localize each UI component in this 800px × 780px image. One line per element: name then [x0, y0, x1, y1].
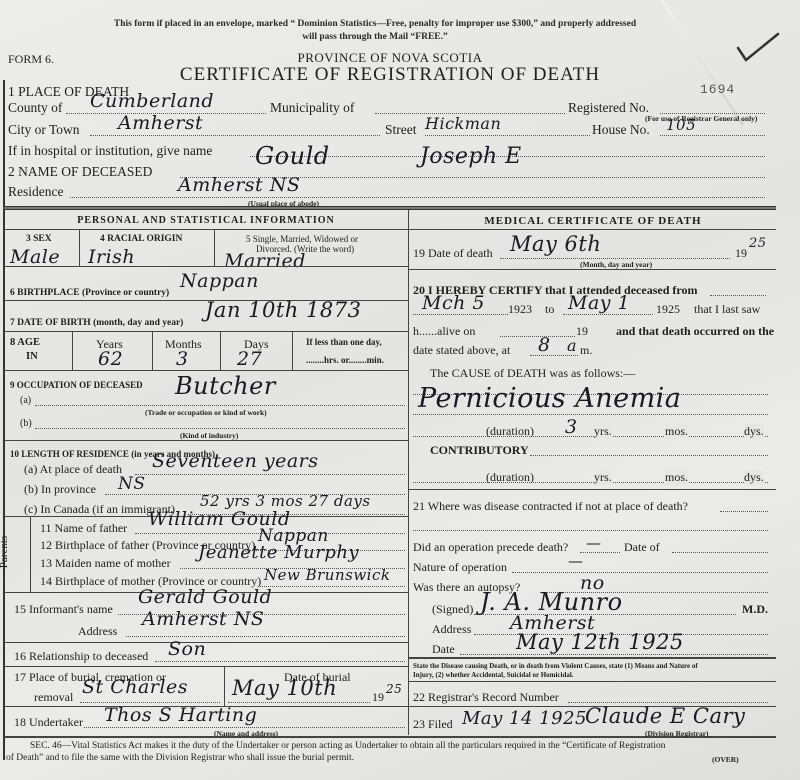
disease-note-2: Injury, (2) whether Accidental, Suicidal… — [413, 671, 574, 679]
marital-value[interactable]: Married — [224, 250, 306, 272]
rule — [4, 440, 408, 441]
registered-no-label: Registered No. — [568, 100, 649, 116]
parents-side-label: Parents — [8, 520, 22, 590]
city-value[interactable]: Amherst — [118, 112, 203, 134]
operation-label: Did an operation precede death? — [413, 540, 568, 555]
informant-address-label: Address — [78, 624, 117, 639]
date-label: Date — [432, 642, 455, 657]
hospital-label: If in hospital or institution, give name — [8, 143, 212, 159]
contrib-mos-label: mos. — [665, 470, 688, 485]
address-label: Address — [432, 622, 471, 637]
house-no-label: House No. — [592, 122, 650, 138]
mother-maiden-label: 13 Maiden name of mother — [40, 556, 171, 571]
marital-label: 5 Single, Married, Widowed or — [246, 234, 358, 244]
rule — [409, 489, 776, 490]
record-number-label: 22 Registrar's Record Number — [413, 690, 559, 705]
death-certificate-page: This form if placed in an envelope, mark… — [0, 0, 800, 780]
dob-label: 7 DATE OF BIRTH (month, day and year) — [10, 318, 183, 328]
hrs-min-label: ........hrs. or........min. — [306, 355, 384, 365]
rule — [79, 230, 80, 266]
days-value[interactable]: 27 — [237, 348, 262, 370]
rule — [30, 516, 31, 592]
house-no-value[interactable]: 105 — [666, 116, 696, 134]
over-label: (OVER) — [712, 755, 739, 764]
municipality-label: Municipality of — [270, 100, 354, 116]
county-value[interactable]: Cumberland — [90, 90, 214, 112]
given-names-value[interactable]: Joseph E — [420, 144, 522, 169]
contracted-line — [720, 511, 768, 512]
at-place-line — [135, 474, 405, 475]
racial-origin-label: 4 RACIAL ORIGIN — [100, 234, 182, 244]
nature-label: Nature of operation — [413, 560, 507, 575]
medical-section-title: MEDICAL CERTIFICATE OF DEATH — [410, 215, 776, 227]
from-line — [413, 314, 508, 315]
street-value[interactable]: Hickman — [425, 114, 501, 133]
rule — [4, 266, 408, 267]
dob-value[interactable]: Jan 10th 1873 — [205, 298, 361, 322]
rule — [220, 332, 221, 370]
rule — [292, 332, 293, 370]
rule — [4, 370, 408, 371]
contributory-label: CONTRIBUTORY — [430, 443, 529, 458]
record-number-line — [568, 702, 768, 703]
surname-value[interactable]: Gould — [255, 142, 330, 170]
dys-label: dys. — [744, 424, 764, 439]
at-place-label: (a) At place of death — [24, 462, 122, 477]
certify-line — [710, 295, 766, 296]
death-occurred-label: and that death occurred on the — [616, 324, 774, 339]
informant-label: 15 Informant's name — [14, 602, 113, 617]
burial-place-value[interactable]: St Charles — [82, 676, 188, 698]
name-label: 2 NAME OF DECEASED — [8, 164, 152, 180]
mos-label: mos. — [665, 424, 688, 439]
mother-birthplace-value[interactable]: New Brunswick — [264, 566, 390, 584]
rule — [409, 269, 776, 270]
burial-place-line — [80, 702, 220, 703]
registrar-signature[interactable]: Claude E Cary — [585, 704, 745, 728]
to-year[interactable]: 1925 — [656, 302, 680, 317]
last-saw-label: that I last saw — [694, 302, 760, 317]
rule — [409, 681, 776, 682]
date-value[interactable]: May 12th 1925 — [516, 630, 684, 654]
time-value[interactable]: 8 — [538, 334, 551, 356]
cause-value[interactable]: Pernicious Anemia — [418, 383, 681, 414]
occupation-b-label: (b) — [20, 418, 32, 429]
rule — [214, 230, 215, 266]
m-label: m. — [580, 343, 592, 358]
burial-year-prefix: 19 — [372, 690, 384, 705]
occupation-a-note: (Trade or occupation or kind of work) — [145, 408, 267, 417]
months-value[interactable]: 3 — [176, 348, 189, 370]
occupation-value[interactable]: Butcher — [175, 372, 276, 400]
residence-value[interactable]: Amherst NS — [178, 174, 300, 196]
operation-value[interactable]: — — [586, 534, 602, 552]
informant-address-value[interactable]: Amherst NS — [142, 608, 264, 630]
undertaker-label: 18 Undertaker — [14, 715, 83, 730]
yrs-label: yrs. — [594, 424, 612, 439]
registrar-note: (Division Registrar) — [645, 729, 709, 738]
age-label-2: IN — [26, 351, 38, 362]
rule — [72, 332, 73, 370]
nature-value[interactable]: — — [568, 552, 584, 570]
undertaker-line — [84, 727, 405, 728]
relationship-label: 16 Relationship to deceased — [14, 649, 148, 664]
certificate-title: CERTIFICATE OF REGISTRATION OF DEATH — [0, 64, 780, 86]
burial-date-line — [228, 702, 370, 703]
rule — [4, 229, 408, 230]
rule — [4, 331, 408, 332]
mother-maiden-value[interactable]: Jeanette Murphy — [198, 542, 359, 563]
informant-value[interactable]: Gerald Gould — [138, 586, 272, 608]
cause-label: The CAUSE of DEATH was as follows:— — [430, 366, 635, 381]
residence-line — [70, 197, 765, 198]
to-label: to — [545, 302, 554, 317]
date-line — [460, 654, 768, 655]
undertaker-value[interactable]: Thos S Harting — [104, 704, 257, 726]
informant-address-line — [126, 636, 405, 637]
street-label: Street — [385, 122, 417, 138]
street-line — [425, 135, 590, 136]
years-value[interactable]: 62 — [98, 348, 123, 370]
to-line — [563, 314, 653, 315]
from-year[interactable]: 1923 — [508, 302, 532, 317]
md-label: M.D. — [742, 602, 768, 617]
contributory-duration-line — [413, 482, 768, 483]
occupation-a-line — [35, 405, 405, 406]
date-stated-label: date stated above, at — [413, 343, 510, 358]
age-label: 8 AGE — [10, 337, 40, 348]
duration-line — [413, 436, 768, 437]
stamped-number: 1694 — [700, 82, 735, 97]
date-of-death-label: 19 Date of death — [413, 246, 493, 261]
date-of-death-value[interactable]: May 6th — [510, 232, 601, 256]
burial-year-value[interactable]: 25 — [386, 682, 402, 696]
operation-line — [580, 552, 620, 553]
disease-note-1: State the Disease causing Death, or in d… — [413, 662, 698, 670]
date-of-death-line — [500, 258, 730, 259]
city-line — [90, 135, 380, 136]
sec46-line-2: of Death” and to file the same with the … — [6, 753, 354, 763]
registered-no-note: (For use of Registrar General only) — [645, 114, 757, 123]
section-divider — [4, 206, 776, 210]
attended-from[interactable]: Mch 5 — [422, 292, 485, 314]
alive-on-year: 19 — [576, 324, 588, 339]
notice-line-2: will pass through the Mail “FREE.” — [80, 31, 670, 44]
duration-years[interactable]: 3 — [565, 416, 578, 438]
parents-label: Parents — [0, 536, 10, 568]
less-than-day-label: If less than one day, — [306, 337, 382, 347]
sex-value[interactable]: Male — [10, 246, 60, 268]
rule — [409, 229, 776, 230]
date-of-death-note: (Month, day and year) — [580, 260, 652, 269]
in-province-label: (b) In province — [24, 482, 96, 497]
city-label: City or Town — [8, 122, 80, 138]
operation-date-line — [672, 552, 768, 553]
contracted-label: 21 Where was disease contracted if not a… — [413, 499, 688, 514]
birthplace-value[interactable]: Nappan — [180, 270, 259, 292]
sex-label: 3 SEX — [26, 234, 52, 244]
sec46-line-1: SEC. 46—Vital Statistics Act makes it th… — [30, 741, 665, 751]
relationship-line — [155, 661, 405, 662]
burial-date-value[interactable]: May 10th — [232, 676, 337, 700]
attended-to[interactable]: May 1 — [568, 292, 630, 314]
filed-value[interactable]: May 14 1925 — [462, 708, 587, 729]
signed-label: (Signed) — [432, 602, 473, 617]
personal-section-title: PERSONAL AND STATISTICAL INFORMATION — [4, 215, 408, 226]
residence-label: Residence — [8, 184, 63, 200]
contributory-line — [530, 455, 768, 456]
mother-birthplace-line — [258, 586, 405, 587]
burial-removal-label: removal — [34, 690, 73, 705]
at-place-value[interactable]: Seventeen years — [152, 450, 319, 472]
occupation-label: 9 OCCUPATION OF DECEASED — [10, 380, 143, 390]
in-province-value[interactable]: NS — [118, 474, 146, 494]
filed-label: 23 Filed — [413, 717, 453, 732]
left-border — [3, 80, 5, 760]
father-name-label: 11 Name of father — [40, 521, 127, 536]
county-label: County of — [8, 100, 62, 116]
occupation-b-line — [35, 428, 405, 429]
rule — [409, 657, 776, 659]
racial-origin-value[interactable]: Irish — [88, 246, 135, 268]
death-year-prefix: 19 — [735, 246, 747, 261]
relationship-value[interactable]: Son — [168, 638, 206, 660]
occupation-a-label: (a) — [20, 395, 31, 406]
contrib-dys-label: dys. — [744, 470, 764, 485]
house-no-line — [660, 135, 765, 136]
alive-on-label: h......alive on — [413, 324, 475, 339]
birthplace-label: 6 BIRTHPLACE (Province or country) — [10, 288, 169, 298]
death-year-value[interactable]: 25 — [749, 236, 767, 251]
contrib-yrs-label: yrs. — [594, 470, 612, 485]
cause-line-2 — [413, 414, 768, 415]
operation-date-label: Date of — [624, 540, 660, 555]
rule — [152, 332, 153, 370]
rule — [4, 666, 408, 667]
time-suffix[interactable]: a — [567, 336, 577, 355]
nature-line — [512, 572, 768, 573]
occupation-b-note: (Kind of industry) — [180, 431, 238, 440]
contracted-line-2 — [413, 530, 768, 531]
notice-line-1: This form if placed in an envelope, mark… — [80, 18, 670, 31]
postage-notice: This form if placed in an envelope, mark… — [80, 18, 670, 44]
rule — [224, 666, 225, 706]
